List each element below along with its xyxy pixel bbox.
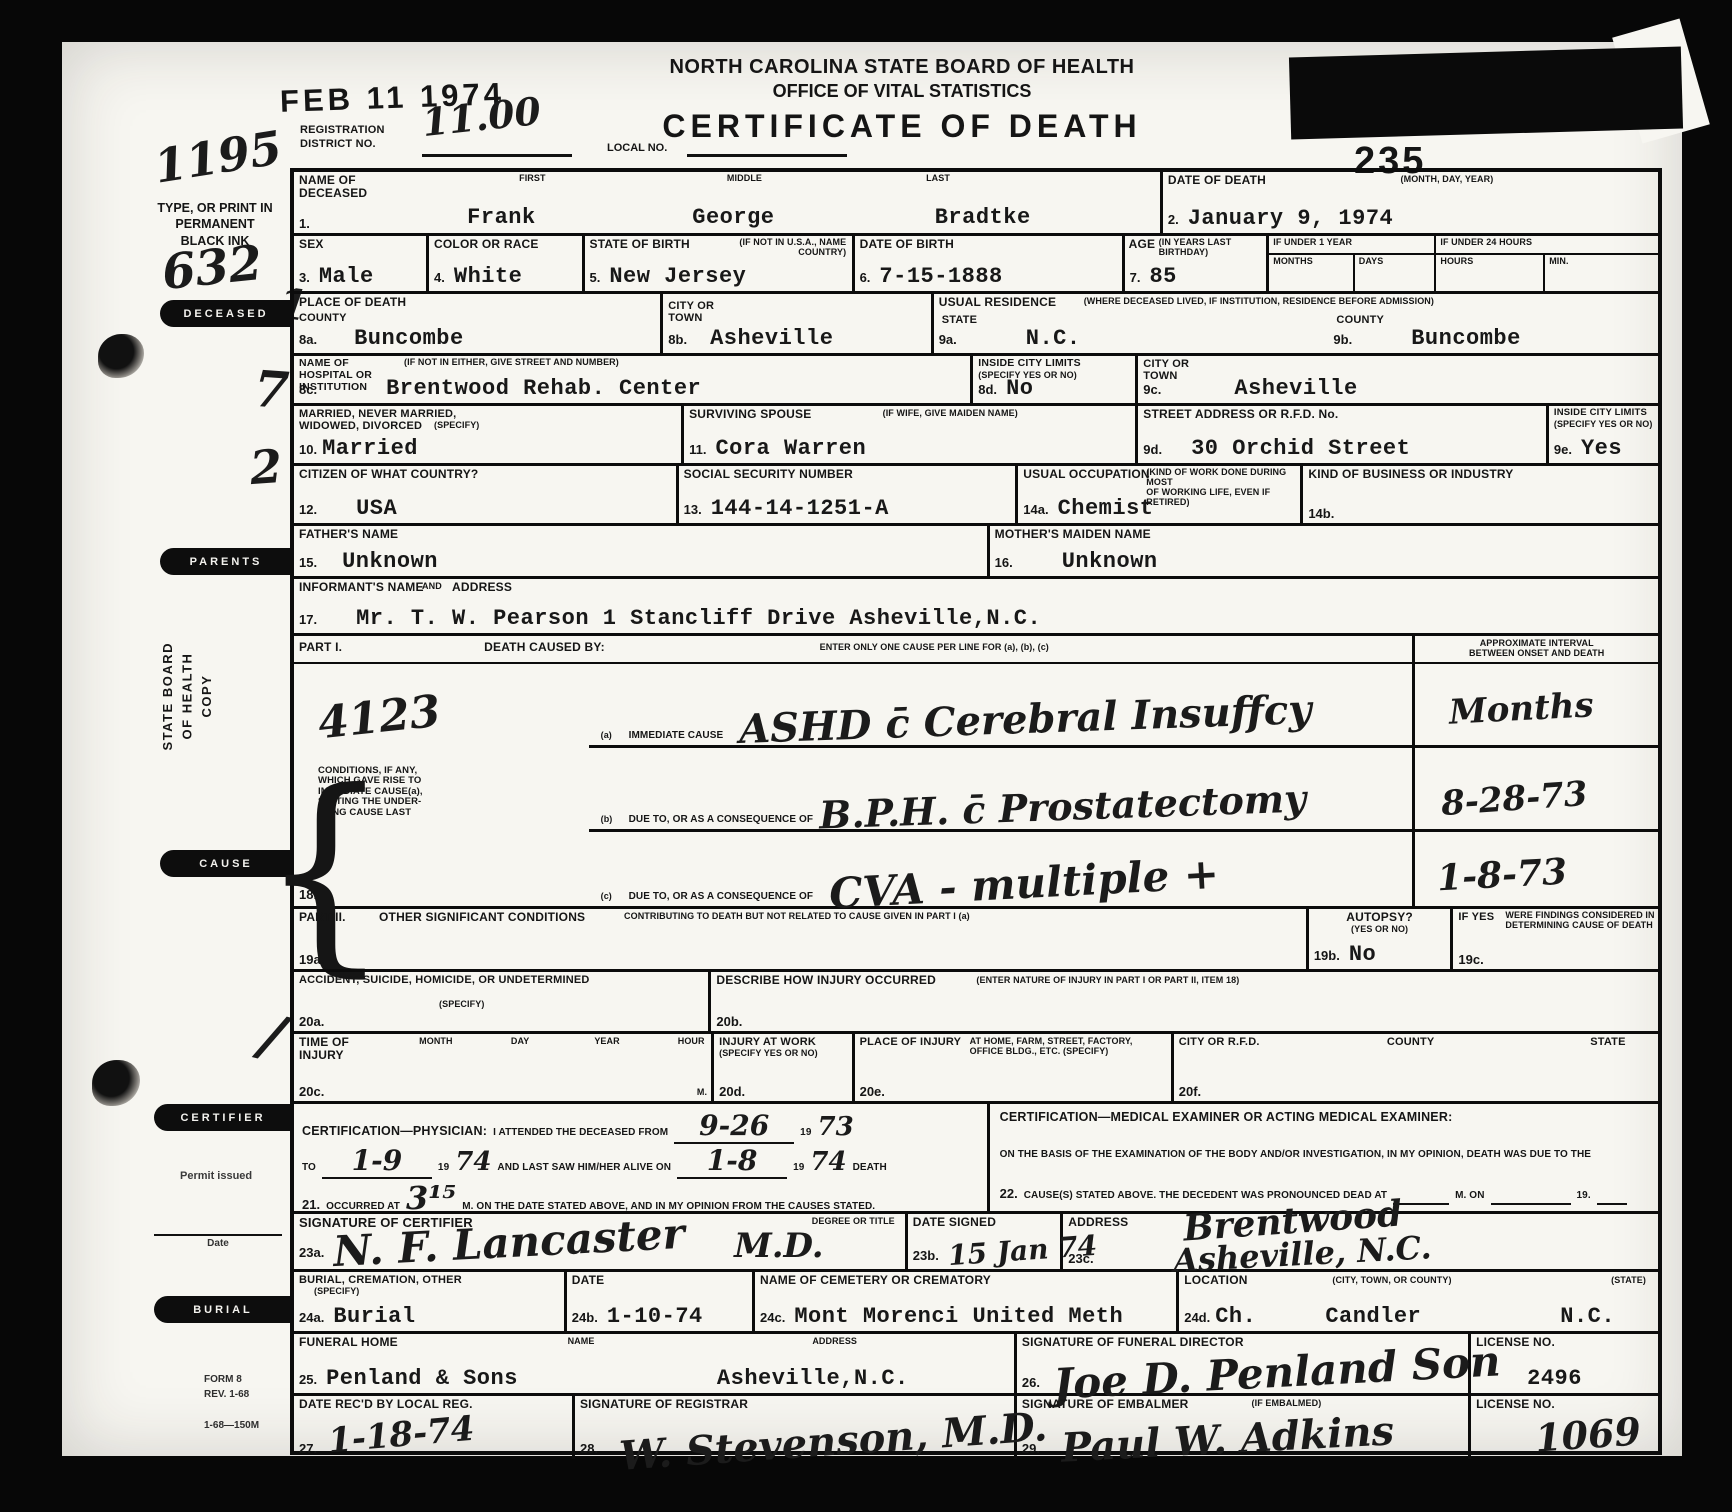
- director-license-value: 2496: [1527, 1366, 1582, 1391]
- min-label: MIN.: [1545, 255, 1658, 294]
- last-saw-label: AND LAST SAW HIM/HER ALIVE ON: [497, 1162, 671, 1173]
- cert-21-num: 21.: [302, 1197, 320, 1212]
- race-num: 4.: [434, 270, 445, 285]
- state-of-birth-value: New Jersey: [609, 264, 746, 289]
- last-saw-year: 74: [810, 1147, 846, 1177]
- residence-city-value: Asheville: [1234, 376, 1357, 401]
- cause-lines-column: (a) IMMEDIATE CAUSE ASHD c̄ Cerebral Ins…: [589, 664, 1413, 906]
- industry-num: 14b.: [1308, 506, 1334, 521]
- date-of-birth-num: 6.: [860, 270, 871, 285]
- field-usual-residence: USUAL RESIDENCE (WHERE DECEASED LIVED, I…: [934, 294, 1658, 353]
- interval-c-value: 1-8-73: [1436, 851, 1568, 900]
- permit-date-line: Date: [154, 1234, 282, 1249]
- date-signed-label: DATE SIGNED: [913, 1216, 996, 1229]
- attended-to-value: 1-9: [352, 1144, 403, 1177]
- marital-sublabel: (SPECIFY): [434, 421, 479, 431]
- informant-value: Mr. T. W. Pearson 1 Stancliff Drive Ashe…: [356, 606, 1041, 631]
- cert-22-num: 22.: [1000, 1186, 1018, 1201]
- cause-a-label: IMMEDIATE CAUSE: [629, 730, 724, 741]
- occupation-value: Chemist: [1058, 496, 1154, 521]
- icl9e-label: INSIDE CITY LIMITS: [1554, 408, 1647, 419]
- row-parents: FATHER'S NAME 15. Unknown MOTHER'S MAIDE…: [294, 526, 1658, 579]
- autopsy-sublabel: (YES OR NO): [1351, 925, 1408, 935]
- address-label: ADDRESS: [1068, 1216, 1128, 1229]
- row-funeral-home: FUNERAL HOME NAME ADDRESS 25. Penland & …: [294, 1334, 1658, 1396]
- permit-issued-label: Permit issued: [180, 1170, 252, 1182]
- field-date-of-birth: DATE OF BIRTH 6. 7-15-1888: [855, 236, 1125, 291]
- field-embalmer-signature: SIGNATURE OF EMBALMER (IF EMBALMED) 29. …: [1017, 1396, 1471, 1459]
- field-certifier-address: ADDRESS 23c. Brentwood Asheville, N.C.: [1063, 1214, 1658, 1269]
- industry-label: KIND OF BUSINESS OR INDUSTRY: [1308, 468, 1513, 481]
- race-label: COLOR OR RACE: [434, 238, 539, 251]
- institution-sublabel: (IF NOT IN EITHER, GIVE STREET AND NUMBE…: [404, 358, 619, 368]
- residence-county-label: COUNTY: [1336, 314, 1384, 326]
- icl9e-value: Yes: [1581, 436, 1622, 461]
- attended-from-year: 73: [817, 1112, 853, 1142]
- age-value: 85: [1149, 264, 1176, 289]
- nineteen-3: 19: [793, 1162, 804, 1173]
- margin-copy-label: STATE BOARD OF HEALTH COPY: [158, 642, 217, 750]
- field-cemetery: NAME OF CEMETERY OR CREMATORY 24c. Mont …: [755, 1272, 1179, 1331]
- margin-pencil-7: 7: [252, 359, 291, 420]
- icl8d-value: No: [1006, 376, 1033, 401]
- describe-label: DESCRIBE HOW INJURY OCCURRED: [716, 974, 936, 987]
- age-sublabel: (IN YEARS LAST BIRTHDAY): [1159, 238, 1232, 258]
- cause-line-a: (a) IMMEDIATE CAUSE ASHD c̄ Cerebral Ins…: [589, 664, 1413, 748]
- field-race: COLOR OR RACE 4. White: [429, 236, 584, 291]
- row-time-of-injury: TIME OF INJURY MONTH DAY YEAR HOUR 20c. …: [294, 1034, 1658, 1104]
- informant-address-label: ADDRESS: [452, 581, 512, 594]
- days-label: DAYS: [1355, 255, 1437, 294]
- field-cemetery-location: LOCATION (CITY, TOWN, OR COUNTY) (STATE)…: [1179, 1272, 1658, 1331]
- interval-b: 8-28-73: [1415, 748, 1658, 832]
- row-part2: PART II. OTHER SIGNIFICANT CONDITIONS CO…: [294, 909, 1658, 972]
- field-other-conditions: PART II. OTHER SIGNIFICANT CONDITIONS CO…: [294, 909, 1309, 969]
- cert-examiner-basis: ON THE BASIS OF THE EXAMINATION OF THE B…: [1000, 1149, 1648, 1160]
- race-value: White: [454, 264, 523, 289]
- row-marital: MARRIED, NEVER MARRIED, WIDOWED, DIVORCE…: [294, 406, 1658, 466]
- toi-label: TIME OF INJURY: [299, 1036, 349, 1063]
- director-label: SIGNATURE OF FUNERAL DIRECTOR: [1022, 1336, 1244, 1349]
- funeral-name-sublabel: NAME: [568, 1337, 595, 1347]
- registrar-signature: W. Stevenson, M.D.: [618, 1403, 1049, 1480]
- field-street-address: STREET ADDRESS OR R.F.D. No. 9d. 30 Orch…: [1138, 406, 1549, 463]
- field-date-received: DATE REC'D BY LOCAL REG. 27. 1-18-74: [294, 1396, 575, 1459]
- autopsy-value: No: [1349, 942, 1376, 967]
- burial-value: Burial: [333, 1304, 415, 1329]
- pod-city-num: 8b.: [668, 332, 687, 347]
- nineteen-2: 19: [438, 1162, 449, 1173]
- attended-from-value: 9-26: [699, 1109, 769, 1142]
- date-of-death-value: January 9, 1974: [1188, 206, 1394, 231]
- date-received-num: 27.: [299, 1441, 317, 1456]
- manner-num: 20a.: [299, 1014, 324, 1029]
- toi-num: 20c.: [299, 1084, 324, 1099]
- field-residence-city: CITY OR TOWN 9c. Asheville: [1138, 356, 1658, 403]
- field-inside-city-limits-9e: INSIDE CITY LIMITS (SPECIFY YES OR NO) 9…: [1549, 406, 1658, 463]
- row-signatures: SIGNATURE OF CERTIFIER DEGREE OR TITLE 2…: [294, 1214, 1658, 1272]
- interval-a-value: Months: [1449, 685, 1596, 733]
- cert-examiner-title: CERTIFICATION—MEDICAL EXAMINER OR ACTING…: [1000, 1110, 1648, 1124]
- injury-county-label: COUNTY: [1387, 1036, 1435, 1048]
- last-label: LAST: [926, 174, 950, 184]
- name-label: NAME OF DECEASED: [299, 174, 367, 201]
- field-occupation: USUAL OCCUPATION (KIND OF WORK DONE DURI…: [1018, 466, 1303, 523]
- name-last-value: Bradtke: [935, 205, 1031, 230]
- residence-state-label: STATE: [942, 314, 977, 326]
- cause-code-handwritten: 4123: [316, 686, 443, 750]
- field-industry: KIND OF BUSINESS OR INDUSTRY 14b.: [1303, 466, 1658, 523]
- cert-physician-title: CERTIFICATION—PHYSICIAN:: [302, 1124, 487, 1138]
- field-place-of-death: PLACE OF DEATH COUNTY 8a. Buncombe CITY …: [294, 294, 934, 353]
- field-director-license: LICENSE NO. 2496: [1471, 1334, 1658, 1393]
- occurred-time-value: 3¹⁵: [406, 1179, 456, 1217]
- field-institution: NAME OF HOSPITAL OR INSTITUTION (IF NOT …: [294, 356, 973, 403]
- cause-instruction: ENTER ONLY ONE CAUSE PER LINE FOR (a), (…: [820, 643, 1049, 653]
- funeral-home-num: 25.: [299, 1372, 317, 1387]
- cause-line-c: (c) DUE TO, OR AS A CONSEQUENCE OF CVA -…: [589, 832, 1413, 906]
- agency-line1: NORTH CAROLINA STATE BOARD OF HEALTH: [562, 56, 1242, 79]
- residence-state-value: N.C.: [1026, 326, 1081, 351]
- citizen-num: 12.: [299, 502, 317, 517]
- interval-b-value: 8-28-73: [1440, 774, 1589, 824]
- residence-county-value: Buncombe: [1411, 326, 1521, 351]
- sex-num: 3.: [299, 270, 310, 285]
- cause-c-label: DUE TO, OR AS A CONSEQUENCE OF: [629, 891, 814, 902]
- margin-pencil-1195: 1195: [151, 120, 286, 193]
- marital-num: 10.: [299, 442, 317, 457]
- state-of-birth-num: 5.: [590, 270, 601, 285]
- field-describe-injury: DESCRIBE HOW INJURY OCCURRED (ENTER NATU…: [711, 972, 1658, 1031]
- name-num: 1.: [299, 216, 310, 231]
- date-received-label: DATE REC'D BY LOCAL REG.: [299, 1398, 473, 1411]
- field-certification-examiner: CERTIFICATION—MEDICAL EXAMINER OR ACTING…: [990, 1104, 1658, 1211]
- state-of-birth-label: STATE OF BIRTH: [590, 238, 690, 251]
- field-autopsy: AUTOPSY? (YES OR NO) 19b. No: [1309, 909, 1454, 969]
- row-accident: ACCIDENT, SUICIDE, HOMICIDE, OR UNDETERM…: [294, 972, 1658, 1034]
- funeral-address-sublabel: ADDRESS: [812, 1337, 857, 1347]
- autopsy-num: 19b.: [1314, 948, 1340, 963]
- residence-state-num: 9a.: [939, 332, 957, 347]
- nineteen-1: 19: [800, 1127, 811, 1138]
- registration-district-line: [422, 154, 572, 157]
- burial-label: BURIAL, CREMATION, OTHER: [299, 1274, 462, 1286]
- certificate-page: FEB 11 1974 REGISTRATION DISTRICT NO. 11…: [62, 42, 1682, 1456]
- mother-num: 16.: [995, 555, 1013, 570]
- certificate-form: NAME OF DECEASED FIRST MIDDLE LAST 1. Fr…: [290, 168, 1662, 1455]
- street-num: 9d.: [1143, 442, 1162, 457]
- cemetery-value2: Ch.: [1215, 1304, 1256, 1329]
- field-ssn: SOCIAL SECURITY NUMBER 13. 144-14-1251-A: [679, 466, 1019, 523]
- mother-value: Unknown: [1062, 549, 1158, 574]
- row-registrar: DATE REC'D BY LOCAL REG. 27. 1-18-74 SIG…: [294, 1396, 1658, 1459]
- part2-title: OTHER SIGNIFICANT CONDITIONS: [379, 911, 585, 924]
- agency-line2: OFFICE OF VITAL STATISTICS: [562, 81, 1242, 102]
- burial-sublabel: (SPECIFY): [314, 1287, 359, 1297]
- row-cause-block: 4123 CONDITIONS, IF ANY, WHICH GAVE RISE…: [294, 664, 1658, 909]
- date-of-death-sublabel: (MONTH, DAY, YEAR): [1401, 175, 1494, 185]
- certifier-signature: N. F. Lancaster: [332, 1209, 686, 1276]
- occupation-sublabel: (KIND OF WORK DONE DURING MOST OF WORKIN…: [1146, 468, 1300, 508]
- field-state-of-birth: STATE OF BIRTH (IF NOT IN U.S.A., NAME C…: [585, 236, 855, 291]
- ink-blot: [92, 1060, 140, 1106]
- field-registrar-signature: SIGNATURE OF REGISTRAR 28. W. Stevenson,…: [575, 1396, 1017, 1459]
- interval-a: Months: [1415, 664, 1658, 748]
- ssn-value: 144-14-1251-A: [711, 496, 889, 521]
- findings-text: WERE FINDINGS CONSIDERED IN DETERMINING …: [1505, 911, 1654, 931]
- describe-num: 20b.: [716, 1014, 742, 1029]
- toi-year: YEAR: [594, 1037, 619, 1047]
- father-value: Unknown: [342, 549, 438, 574]
- state-of-birth-sublabel: (IF NOT IN U.S.A., NAME COUNTRY): [723, 238, 846, 258]
- nineteen-4: 19.: [1577, 1190, 1591, 1201]
- location-sublabel: (CITY, TOWN, OR COUNTY): [1332, 1276, 1451, 1286]
- cert-attended: I ATTENDED THE DECEASED FROM: [493, 1127, 668, 1138]
- occupation-label: USUAL OCCUPATION: [1023, 468, 1150, 481]
- embalmer-label: SIGNATURE OF EMBALMER: [1022, 1398, 1189, 1411]
- cause-conditions-column: 4123 CONDITIONS, IF ANY, WHICH GAVE RISE…: [294, 664, 589, 906]
- local-no-line: [687, 154, 847, 157]
- margin-pencil-632: 632: [159, 235, 265, 301]
- registration-district-label: REGISTRATION DISTRICT NO.: [300, 124, 385, 152]
- field-time-of-injury: TIME OF INJURY MONTH DAY YEAR HOUR 20c. …: [294, 1034, 714, 1101]
- date-of-death-label: DATE OF DEATH: [1168, 174, 1266, 187]
- hours-label: HOURS: [1436, 255, 1545, 294]
- location-state-sublabel: (STATE): [1611, 1276, 1646, 1286]
- field-name-of-deceased: NAME OF DECEASED FIRST MIDDLE LAST 1. Fr…: [294, 172, 1163, 233]
- cause-c-prefix: (c): [601, 892, 612, 902]
- informant-label: INFORMANT'S NAME: [299, 581, 424, 594]
- attended-to-year: 74: [455, 1147, 491, 1177]
- pod-city-label: CITY OR TOWN: [668, 300, 714, 325]
- poi-sublabel: AT HOME, FARM, STREET, FACTORY, OFFICE B…: [970, 1037, 1133, 1057]
- tab-parents: PARENTS: [160, 548, 292, 575]
- interval-label: APPROXIMATE INTERVAL BETWEEN ONSET AND D…: [1415, 639, 1658, 659]
- field-citizen: CITIZEN OF WHAT COUNTRY? 12. USA: [294, 466, 679, 523]
- print-code: 1-68—150M: [204, 1420, 259, 1431]
- citizen-label: CITIZEN OF WHAT COUNTRY?: [299, 468, 478, 481]
- field-signature-certifier: SIGNATURE OF CERTIFIER DEGREE OR TITLE 2…: [294, 1214, 908, 1269]
- icl9e-sublabel: (SPECIFY YES OR NO): [1554, 420, 1653, 430]
- agency-header: NORTH CAROLINA STATE BOARD OF HEALTH OFF…: [562, 56, 1242, 145]
- icl8d-num: 8d.: [978, 382, 997, 397]
- form-code: FORM 8 REV. 1-68: [204, 1372, 249, 1402]
- cemetery-num: 24c.: [760, 1310, 785, 1325]
- sig-certifier-num: 23a.: [299, 1245, 324, 1260]
- location-state-value: N.C.: [1560, 1304, 1615, 1329]
- date-signed-num: 23b.: [913, 1248, 939, 1263]
- middle-label: MIDDLE: [727, 174, 762, 184]
- redaction-block: [1289, 47, 1683, 140]
- part1-header: PART I. DEATH CAUSED BY: ENTER ONLY ONE …: [294, 636, 1412, 662]
- field-father: FATHER'S NAME 15. Unknown: [294, 526, 990, 576]
- cemetery-num2: 24d.: [1184, 1310, 1210, 1325]
- field-date-of-death: DATE OF DEATH (MONTH, DAY, YEAR) 2. Janu…: [1163, 172, 1658, 233]
- name-first-value: Frank: [467, 205, 536, 230]
- under-24-hours-label: IF UNDER 24 HOURS: [1436, 236, 1658, 253]
- toi-m-suffix: M.: [697, 1088, 707, 1098]
- location-value: Candler: [1325, 1304, 1421, 1329]
- row-institution: NAME OF HOSPITAL OR INSTITUTION (IF NOT …: [294, 356, 1658, 406]
- field-place-of-injury: PLACE OF INJURY AT HOME, FARM, STREET, F…: [855, 1034, 1174, 1101]
- burial-date-num: 24b.: [572, 1310, 598, 1325]
- field-date-signed: DATE SIGNED 23b. 15 Jan 74: [908, 1214, 1063, 1269]
- director-license-label: LICENSE NO.: [1476, 1336, 1555, 1349]
- date-of-birth-label: DATE OF BIRTH: [860, 238, 954, 251]
- field-marital: MARRIED, NEVER MARRIED, WIDOWED, DIVORCE…: [294, 406, 684, 463]
- field-embalmer-license: LICENSE NO. 1069: [1471, 1396, 1658, 1459]
- autopsy-label: AUTOPSY?: [1346, 911, 1413, 924]
- death-certificate-scan: FEB 11 1974 REGISTRATION DISTRICT NO. 11…: [0, 0, 1732, 1512]
- spouse-label: SURVIVING SPOUSE: [689, 408, 811, 421]
- funeral-home-value: Penland & Sons: [326, 1366, 518, 1391]
- iaw-label: INJURY AT WORK: [719, 1036, 816, 1048]
- toi-hour: HOUR: [678, 1037, 705, 1047]
- field-burial: BURIAL, CREMATION, OTHER (SPECIFY) 24a. …: [294, 1272, 567, 1331]
- icl8d-label: INSIDE CITY LIMITS: [978, 358, 1081, 370]
- tab-deceased: DECEASED: [160, 300, 292, 327]
- location-label: LOCATION: [1184, 1274, 1247, 1287]
- interval-c: 1-8-73: [1415, 832, 1658, 906]
- date-of-death-num: 2.: [1168, 212, 1179, 227]
- m-on-label: M. ON: [1455, 1190, 1484, 1201]
- field-informant: INFORMANT'S NAME AND ADDRESS 17. Mr. T. …: [294, 579, 1658, 633]
- pod-county-value: Buncombe: [354, 326, 464, 351]
- residence-city-num: 9c.: [1143, 382, 1161, 397]
- field-manner: ACCIDENT, SUICIDE, HOMICIDE, OR UNDETERM…: [294, 972, 711, 1031]
- row-name: NAME OF DECEASED FIRST MIDDLE LAST 1. Fr…: [294, 172, 1658, 236]
- marital-value: Married: [322, 436, 418, 461]
- embalmer-sublabel: (IF EMBALMED): [1252, 1399, 1322, 1409]
- field-mother: MOTHER'S MAIDEN NAME 16. Unknown: [990, 526, 1658, 576]
- ink-blot: [98, 334, 144, 378]
- spouse-value: Cora Warren: [715, 436, 866, 461]
- cause-b-value: B.P.H. c̄ Prostatectomy: [818, 775, 1306, 837]
- field-findings: IF YES WERE FINDINGS CONSIDERED IN DETER…: [1453, 909, 1658, 969]
- last-saw-value: 1-8: [707, 1144, 758, 1177]
- director-num: 26.: [1022, 1375, 1040, 1390]
- funeral-home-label: FUNERAL HOME: [299, 1336, 398, 1349]
- pod-city-value: Asheville: [710, 326, 833, 351]
- ssn-label: SOCIAL SECURITY NUMBER: [684, 468, 853, 481]
- death-caused-by-label: DEATH CAUSED BY:: [484, 641, 605, 654]
- degree-label: DEGREE OR TITLE: [812, 1217, 895, 1227]
- field-burial-date: DATE 24b. 1-10-74: [567, 1272, 755, 1331]
- cause-b-prefix: (b): [601, 815, 613, 825]
- burial-num: 24a.: [299, 1310, 324, 1325]
- embalmer-license-value: 1069: [1533, 1408, 1642, 1460]
- registrar-num: 28.: [580, 1441, 598, 1456]
- name-middle-value: George: [692, 205, 774, 230]
- street-label: STREET ADDRESS OR R.F.D. No.: [1143, 408, 1338, 421]
- toi-month: MONTH: [419, 1037, 453, 1047]
- margin-pencil-slash: /: [254, 1000, 291, 1071]
- pod-county-num: 8a.: [299, 332, 317, 347]
- father-label: FATHER'S NAME: [299, 528, 398, 541]
- pod-county-label: COUNTY: [299, 312, 347, 324]
- occurred-label: OCCURRED AT: [326, 1201, 400, 1212]
- death-word: DEATH: [853, 1162, 887, 1173]
- spouse-sublabel: (IF WIFE, GIVE MAIDEN NAME): [883, 409, 1018, 419]
- field-certification-physician: CERTIFICATION—PHYSICIAN: I ATTENDED THE …: [294, 1104, 990, 1211]
- field-sex: SEX 3. Male: [294, 236, 429, 291]
- injury-city-label: CITY OR R.F.D.: [1179, 1036, 1260, 1048]
- certifier-degree-value: M.D.: [734, 1226, 824, 1266]
- institution-value: Brentwood Rehab. Center: [386, 376, 701, 401]
- page-title: CERTIFICATE OF DEATH: [562, 108, 1242, 145]
- father-num: 15.: [299, 555, 317, 570]
- tab-burial: BURIAL: [154, 1296, 292, 1323]
- spouse-num: 11.: [689, 442, 706, 457]
- under-1-year-label: IF UNDER 1 YEAR: [1269, 236, 1436, 253]
- row-sex-race-birth: SEX 3. Male COLOR OR RACE 4. White STATE…: [294, 236, 1658, 294]
- field-funeral-director: SIGNATURE OF FUNERAL DIRECTOR 26. Joe D.…: [1017, 1334, 1471, 1393]
- marital-label: MARRIED, NEVER MARRIED, WIDOWED, DIVORCE…: [299, 408, 456, 433]
- injury-state-label: STATE: [1590, 1036, 1625, 1048]
- cause-c-value: CVA - multiple +: [828, 849, 1220, 918]
- injury-loc-num: 20f.: [1179, 1084, 1201, 1099]
- row-burial: BURIAL, CREMATION, OTHER (SPECIFY) 24a. …: [294, 1272, 1658, 1334]
- manner-sublabel: (SPECIFY): [439, 1000, 484, 1010]
- address-num: 23c.: [1068, 1251, 1093, 1266]
- cemetery-label: NAME OF CEMETERY OR CREMATORY: [760, 1274, 991, 1287]
- months-label: MONTHS: [1269, 255, 1355, 294]
- first-label: FIRST: [519, 174, 546, 184]
- registrar-label: SIGNATURE OF REGISTRAR: [580, 1398, 748, 1411]
- describe-sublabel: (ENTER NATURE OF INJURY IN PART I OR PAR…: [976, 976, 1239, 986]
- funeral-home-address-value: Asheville,N.C.: [717, 1366, 909, 1391]
- burial-date-value: 1-10-74: [607, 1304, 703, 1329]
- findings-num: 19c.: [1458, 952, 1483, 967]
- row-certification: CERTIFICATION—PHYSICIAN: I ATTENDED THE …: [294, 1104, 1658, 1214]
- field-spouse: SURVIVING SPOUSE (IF WIFE, GIVE MAIDEN N…: [684, 406, 1138, 463]
- informant-and-label: AND: [422, 582, 442, 592]
- embalmer-signature: Paul W. Adkins: [1060, 1407, 1395, 1471]
- embalmer-license-label: LICENSE NO.: [1476, 1398, 1555, 1411]
- cause-a-value: ASHD c̄ Cerebral Insuffcy: [738, 686, 1312, 753]
- row-citizen-ssn: CITIZEN OF WHAT COUNTRY? 12. USA SOCIAL …: [294, 466, 1658, 526]
- part2-sublabel: CONTRIBUTING TO DEATH BUT NOT RELATED TO…: [624, 912, 970, 922]
- sex-value: Male: [319, 264, 374, 289]
- date-of-birth-value: 7-15-1888: [879, 264, 1002, 289]
- part2-label: PART II.: [299, 911, 346, 924]
- interval-column: Months 8-28-73 1-8-73: [1412, 664, 1658, 906]
- citizen-value: USA: [356, 496, 397, 521]
- row-place-residence: PLACE OF DEATH COUNTY 8a. Buncombe CITY …: [294, 294, 1658, 356]
- age-label: AGE: [1129, 238, 1156, 251]
- row-informant: INFORMANT'S NAME AND ADDRESS 17. Mr. T. …: [294, 579, 1658, 636]
- part2-num: 19a.: [299, 952, 324, 967]
- cause-a-prefix: (a): [601, 731, 612, 741]
- row-part1-header: PART I. DEATH CAUSED BY: ENTER ONLY ONE …: [294, 636, 1658, 664]
- tab-certifier: CERTIFIER: [154, 1104, 292, 1131]
- institution-num: 8c.: [299, 382, 317, 397]
- iaw-sublabel: (SPECIFY YES OR NO): [719, 1049, 818, 1059]
- interval-header: APPROXIMATE INTERVAL BETWEEN ONSET AND D…: [1412, 636, 1658, 662]
- age-num: 7.: [1130, 270, 1141, 285]
- field-funeral-home: FUNERAL HOME NAME ADDRESS 25. Penland & …: [294, 1334, 1017, 1393]
- icl9e-num: 9e.: [1554, 442, 1572, 457]
- to-label: TO: [302, 1162, 316, 1173]
- field-injury-location: CITY OR R.F.D. COUNTY STATE 20f.: [1174, 1034, 1658, 1101]
- occupation-num: 14a.: [1023, 502, 1048, 517]
- embalmer-num: 29.: [1022, 1441, 1040, 1456]
- manner-label: ACCIDENT, SUICIDE, HOMICIDE, OR UNDETERM…: [299, 974, 590, 986]
- ssn-num: 13.: [684, 502, 702, 517]
- poi-num: 20e.: [860, 1084, 885, 1099]
- cause-b-label: DUE TO, OR AS A CONSEQUENCE OF: [629, 814, 814, 825]
- informant-num: 17.: [299, 612, 317, 627]
